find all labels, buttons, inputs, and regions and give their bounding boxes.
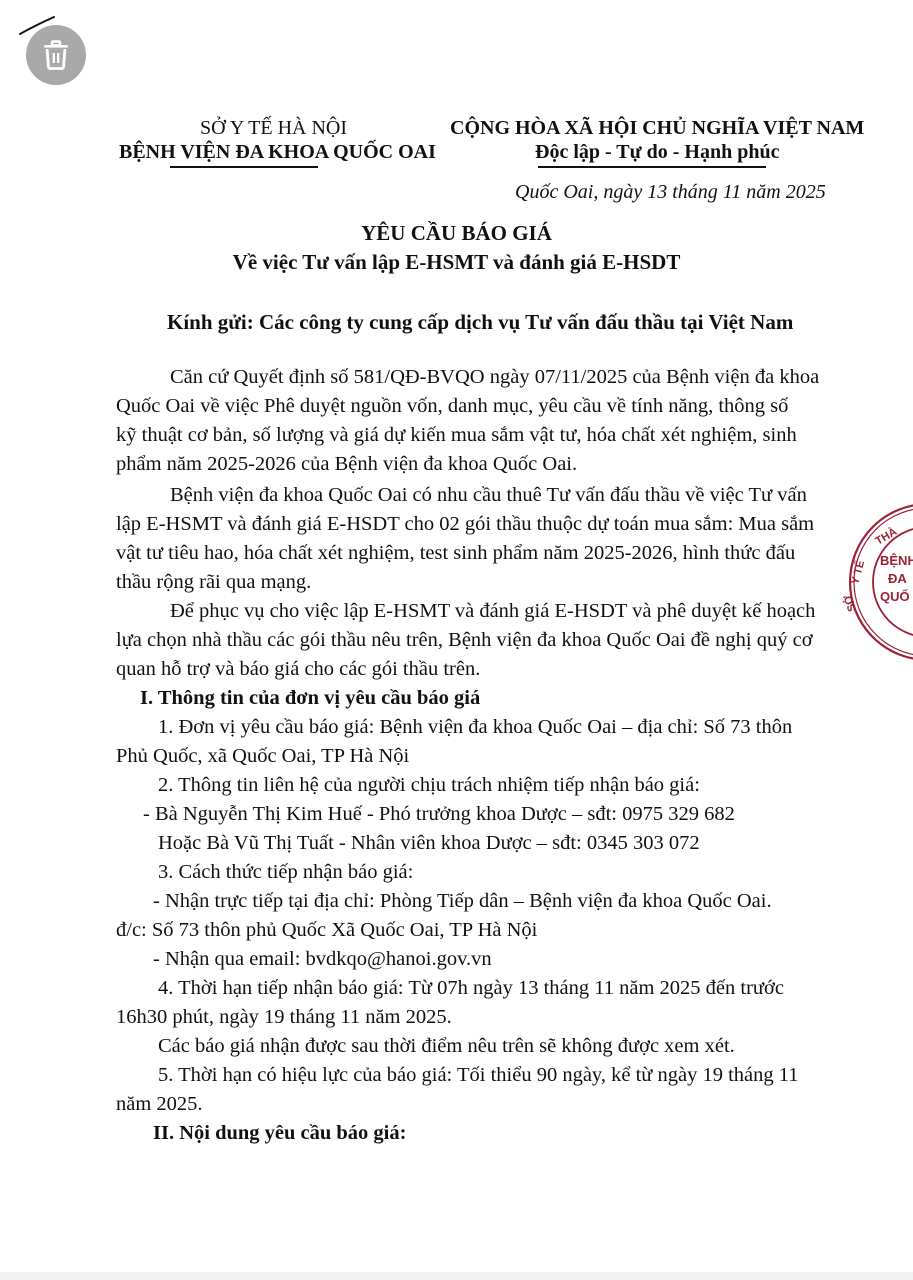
body-line: - Nhận trực tiếp tại địa chỉ: Phòng Tiếp… — [153, 890, 772, 913]
recipient-line: Kính gửi: Các công ty cung cấp dịch vụ T… — [167, 310, 793, 335]
section-heading: II. Nội dung yêu cầu báo giá: — [153, 1122, 406, 1145]
svg-text:Y TẾ: Y TẾ — [848, 559, 867, 586]
body-line: 16h30 phút, ngày 19 tháng 11 năm 2025. — [116, 1006, 452, 1029]
body-line: phẩm năm 2025-2026 của Bệnh viện đa khoa… — [116, 453, 577, 476]
body-line: thầu rộng rãi qua mạng. — [116, 571, 311, 594]
body-line: - Bà Nguyễn Thị Kim Huế - Phó trưởng kho… — [143, 803, 735, 826]
hospital-underline — [170, 166, 318, 168]
body-line: - Nhận qua email: bvdkqo@hanoi.gov.vn — [153, 948, 492, 971]
body-line: kỹ thuật cơ bản, số lượng và giá dự kiến… — [116, 424, 797, 447]
body-line: lựa chọn nhà thầu các gói thầu nêu trên,… — [116, 629, 813, 652]
body-line: 5. Thời hạn có hiệu lực của báo giá: Tối… — [158, 1064, 799, 1087]
document-title: YÊU CẦU BÁO GIÁ — [0, 221, 913, 246]
svg-text:SỞ: SỞ — [841, 593, 859, 614]
body-line: Căn cứ Quyết định số 581/QĐ-BVQO ngày 07… — [170, 366, 819, 389]
body-line: 4. Thời hạn tiếp nhận báo giá: Từ 07h ng… — [158, 977, 784, 1000]
body-line: 3. Cách thức tiếp nhận báo giá: — [158, 861, 413, 884]
body-line: năm 2025. — [116, 1093, 203, 1116]
body-line: 2. Thông tin liên hệ của người chịu trác… — [158, 774, 700, 797]
body-line: đ/c: Số 73 thôn phủ Quốc Xã Quốc Oai, TP… — [116, 919, 537, 942]
document-date: Quốc Oai, ngày 13 tháng 11 năm 2025 — [515, 181, 826, 204]
body-line: Bệnh viện đa khoa Quốc Oai có nhu cầu th… — [170, 484, 807, 507]
body-line: Để phục vụ cho việc lập E-HSMT và đánh g… — [170, 600, 815, 623]
svg-text:BỆNH: BỆNH — [880, 553, 913, 568]
national-title: CỘNG HÒA XÃ HỘI CHỦ NGHĨA VIỆT NAM — [450, 117, 864, 140]
svg-text:QUỐ: QUỐ — [880, 589, 910, 604]
body-line: quan hỗ trợ và báo giá cho các gói thầu … — [116, 658, 480, 681]
body-line: 1. Đơn vị yêu cầu báo giá: Bệnh viện đa … — [158, 716, 792, 739]
body-line: Các báo giá nhận được sau thời điểm nêu … — [158, 1035, 735, 1058]
viewer-bottom-bar — [0, 1272, 913, 1280]
svg-text:ĐA: ĐA — [888, 571, 907, 586]
motto-underline — [538, 166, 766, 168]
body-line: Hoặc Bà Vũ Thị Tuất - Nhân viên khoa Dượ… — [158, 832, 700, 855]
body-line: Phủ Quốc, xã Quốc Oai, TP Hà Nội — [116, 745, 409, 768]
agency-name: SỞ Y TẾ HÀ NỘI — [200, 117, 347, 140]
body-line: Quốc Oai về việc Phê duyệt nguồn vốn, da… — [116, 395, 788, 418]
section-heading: I. Thông tin của đơn vị yêu cầu báo giá — [140, 687, 480, 710]
body-line: vật tư tiêu hao, hóa chất xét nghiệm, te… — [116, 542, 795, 565]
national-motto: Độc lập - Tự do - Hạnh phúc — [535, 141, 779, 164]
hospital-name: BỆNH VIỆN ĐA KHOA QUỐC OAI — [119, 141, 436, 164]
trash-icon — [42, 40, 70, 70]
official-stamp: THÀ Y TẾ SỞ BỆNH ĐA QUỐ — [838, 490, 913, 670]
document-subtitle: Về việc Tư vấn lập E-HSMT và đánh giá E-… — [0, 250, 913, 275]
body-line: lập E-HSMT và đánh giá E-HSDT cho 02 gói… — [116, 513, 814, 536]
pen-stroke-icon — [18, 14, 58, 38]
